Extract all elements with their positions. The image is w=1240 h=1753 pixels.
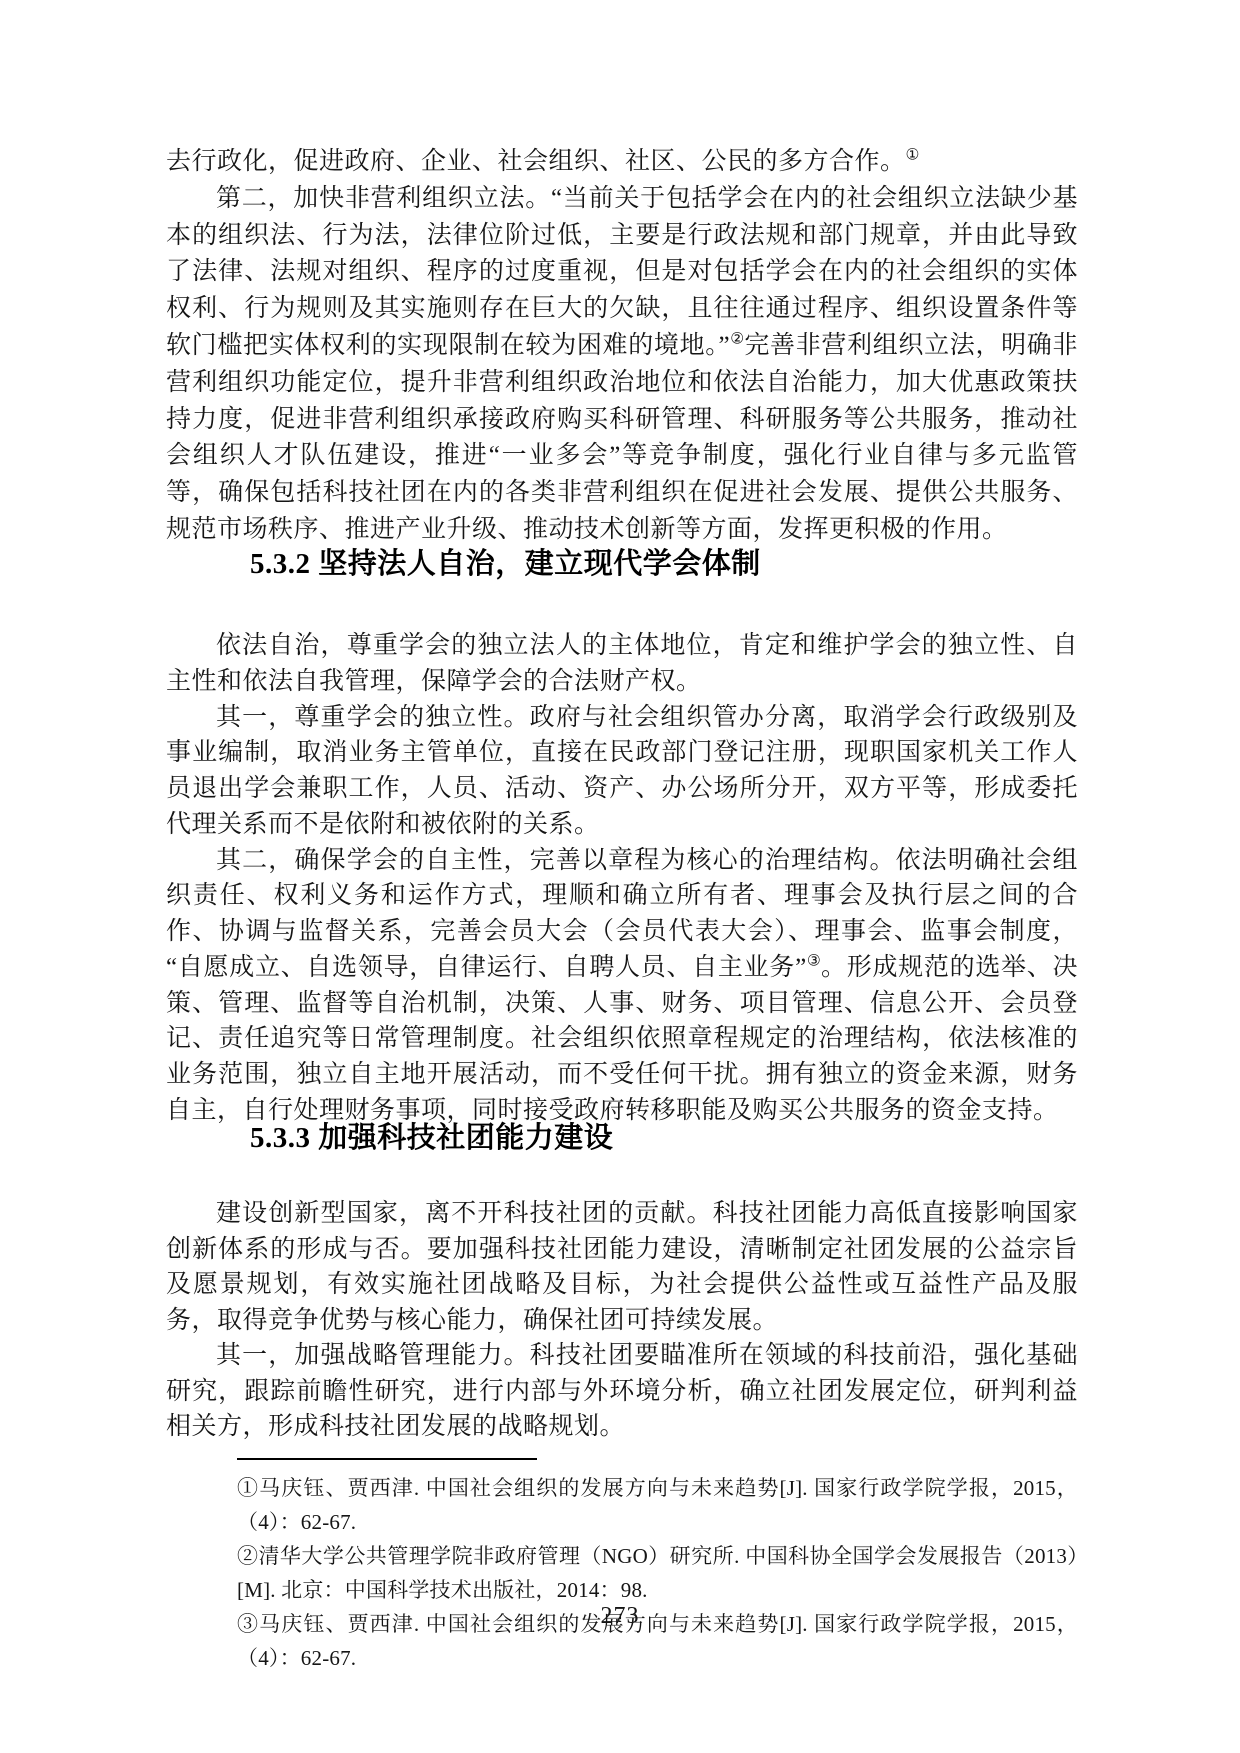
footnote-reference: ③ bbox=[807, 952, 821, 969]
footnote-marker: ② bbox=[237, 1544, 258, 1568]
footnote-list: ①马庆钰、贾西津. 中国社会组织的发展方向与未来趋势[J]. 国家行政学院学报，… bbox=[237, 1472, 1078, 1675]
page-number: 273 bbox=[0, 1603, 1240, 1630]
body-text-block-3: 建设创新型国家，离不开科技社团的贡献。科技社团能力高低直接影响国家创新体系的形成… bbox=[166, 1196, 1078, 1445]
paragraph-selfgovernance: 其二，确保学会的自主性，完善以章程为核心的治理结构。依法明确社会组织责任、权利义… bbox=[166, 843, 1078, 1129]
body-text-block-2: 依法自治，尊重学会的独立法人的主体地位，肯定和维护学会的独立性、自主性和依法自我… bbox=[166, 628, 1078, 1129]
footnote-marker: ① bbox=[237, 1476, 259, 1500]
paragraph-legislation: 第二，加快非营利组织立法。“当前关于包括学会在内的社会组织立法缺少基本的组织法、… bbox=[166, 181, 1078, 549]
footnote-text: 清华大学公共管理学院非政府管理（NGO）研究所. 中国科协全国学会发展报告（20… bbox=[237, 1544, 1078, 1602]
footnote-item: ②清华大学公共管理学院非政府管理（NGO）研究所. 中国科协全国学会发展报告（2… bbox=[237, 1540, 1078, 1608]
document-page: 去行政化，促进政府、企业、社会组织、社区、公民的多方合作。① 第二，加快非营利组… bbox=[0, 0, 1240, 1753]
paragraph-capacity: 建设创新型国家，离不开科技社团的贡献。科技社团能力高低直接影响国家创新体系的形成… bbox=[166, 1196, 1078, 1338]
paragraph-independence: 其一，尊重学会的独立性。政府与社会组织管办分离，取消学会行政级别及事业编制，取消… bbox=[166, 700, 1078, 843]
paragraph-strategy: 其一，加强战略管理能力。科技社团要瞄准所在领域的科技前沿，强化基础研究，跟踪前瞻… bbox=[166, 1338, 1078, 1445]
paragraph-continuation: 去行政化，促进政府、企业、社会组织、社区、公民的多方合作。① bbox=[166, 144, 1078, 181]
paragraph-autonomy: 依法自治，尊重学会的独立法人的主体地位，肯定和维护学会的独立性、自主性和依法自我… bbox=[166, 628, 1078, 700]
footnote-item: ①马庆钰、贾西津. 中国社会组织的发展方向与未来趋势[J]. 国家行政学院学报，… bbox=[237, 1472, 1078, 1540]
footnote-text: 马庆钰、贾西津. 中国社会组织的发展方向与未来趋势[J]. 国家行政学院学报，2… bbox=[237, 1476, 1078, 1534]
section-heading-5-3-2: 5.3.2 坚持法人自治，建立现代学会体制 bbox=[250, 547, 761, 581]
body-text-block-1: 去行政化，促进政府、企业、社会组织、社区、公民的多方合作。① 第二，加快非营利组… bbox=[166, 144, 1078, 549]
footnote-reference: ② bbox=[730, 331, 744, 348]
section-heading-5-3-3: 5.3.3 加强科技社团能力建设 bbox=[250, 1121, 613, 1155]
footnote-separator bbox=[237, 1458, 537, 1460]
footnote-reference: ① bbox=[906, 147, 920, 164]
